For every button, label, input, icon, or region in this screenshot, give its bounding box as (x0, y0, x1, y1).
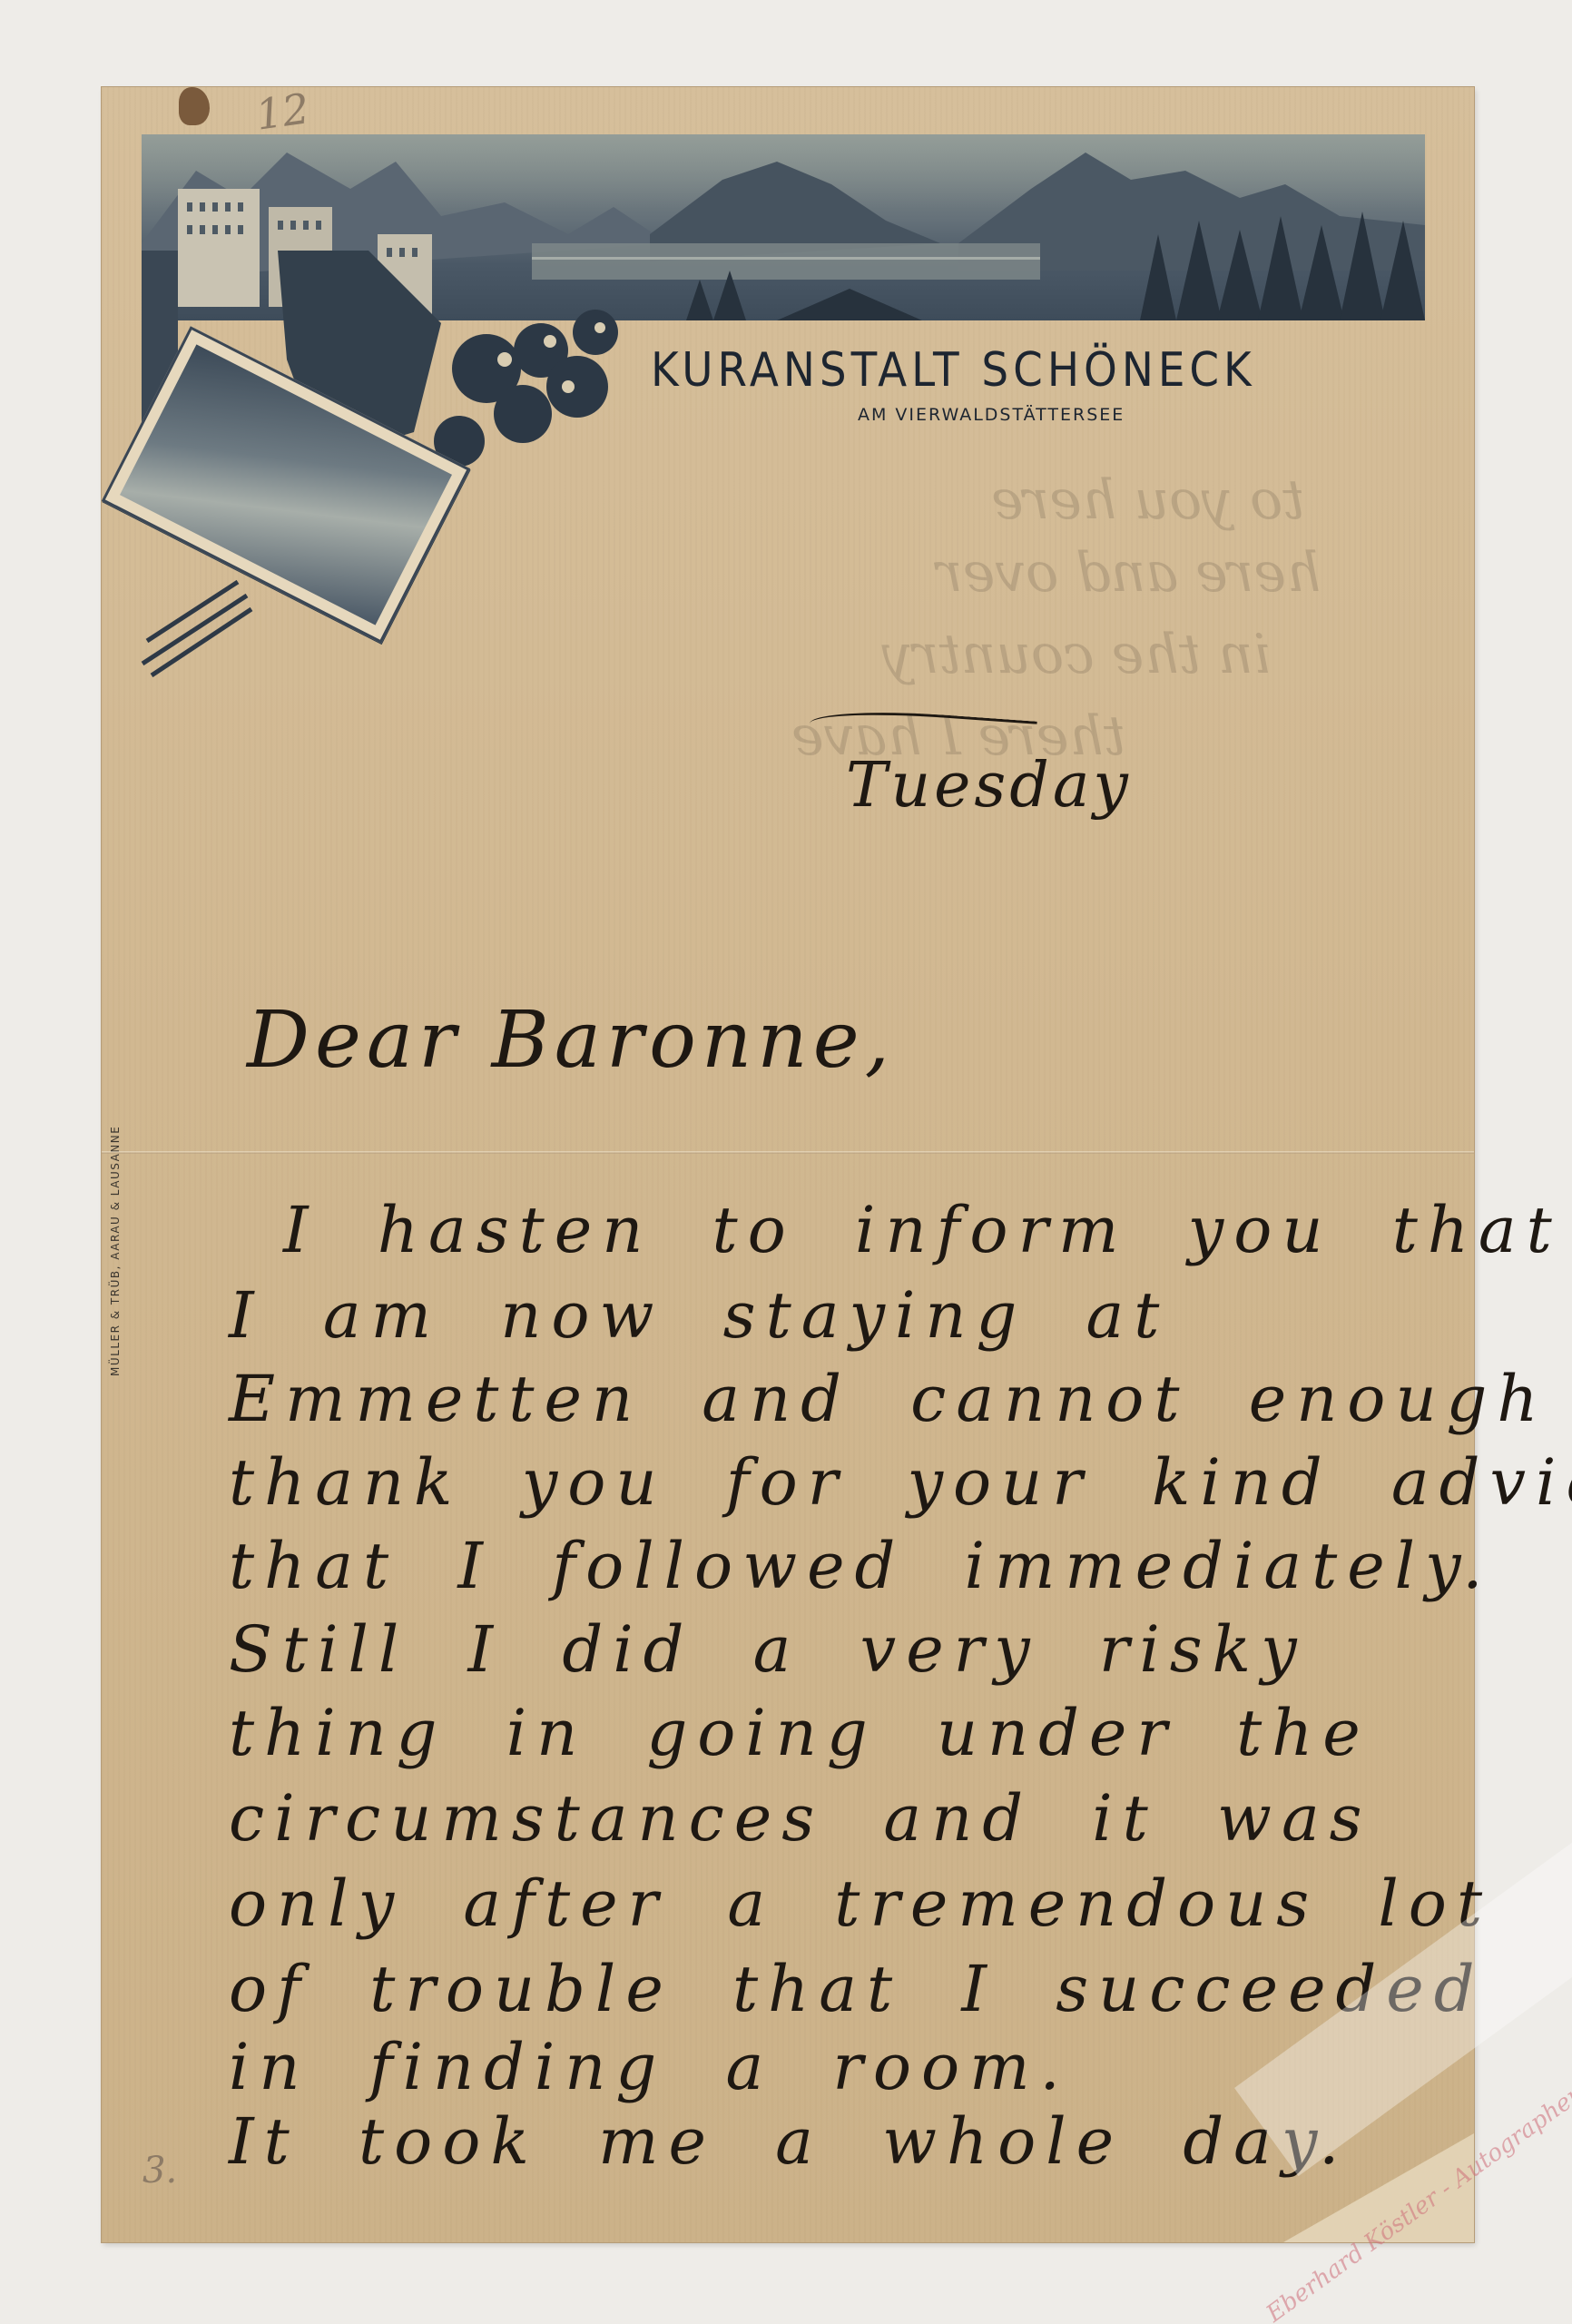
letter-body-line: Still I did a very risky (229, 1612, 1307, 1687)
letter-body-line: I hasten to inform you that (283, 1193, 1562, 1267)
bleed-through-text: to you here (991, 468, 1304, 532)
pencil-folio-mark: 3. (142, 2150, 177, 2191)
letter-body-line: that I followed immediately. (229, 1529, 1493, 1603)
letter-body-line: It took me a whole day. (229, 2104, 1349, 2179)
letter-sheet: 12 (102, 87, 1474, 2242)
letter-date: Tuesday (846, 750, 1132, 822)
letter-body-line: thing in going under the (229, 1696, 1371, 1770)
letter-body-line: only after a tremendous lot (229, 1866, 1492, 1941)
letterhead-title: KURANSTALT SCHÖNECK (651, 343, 1522, 398)
letter-body-line: circumstances and it was (229, 1781, 1372, 1856)
letter-body-line: in finding a room. (229, 2030, 1070, 2104)
letter-body-line: Emmetten and cannot enough (229, 1362, 1547, 1436)
letterhead-subtitle: AM VIERWALDSTÄTTERSEE (858, 405, 1125, 425)
printer-imprint: MÜLLER & TRÜB, AARAU & LAUSANNE (109, 1013, 122, 1376)
letter-body-line: I am now staying at (229, 1278, 1169, 1353)
paper-fold-line (102, 1151, 1474, 1154)
letter-body-line: of trouble that I succeeded (229, 1952, 1485, 2026)
letter-body-line: thank you for your kind advice (229, 1445, 1572, 1520)
pencil-page-number: 12 (253, 84, 312, 140)
ink-stain (179, 87, 210, 125)
paint-brushes-icon (138, 577, 256, 677)
bleed-through-text: here and over (937, 541, 1321, 605)
letter-salutation: Dear Baronne, (247, 995, 895, 1086)
bleed-through-text: in the country (882, 623, 1271, 686)
